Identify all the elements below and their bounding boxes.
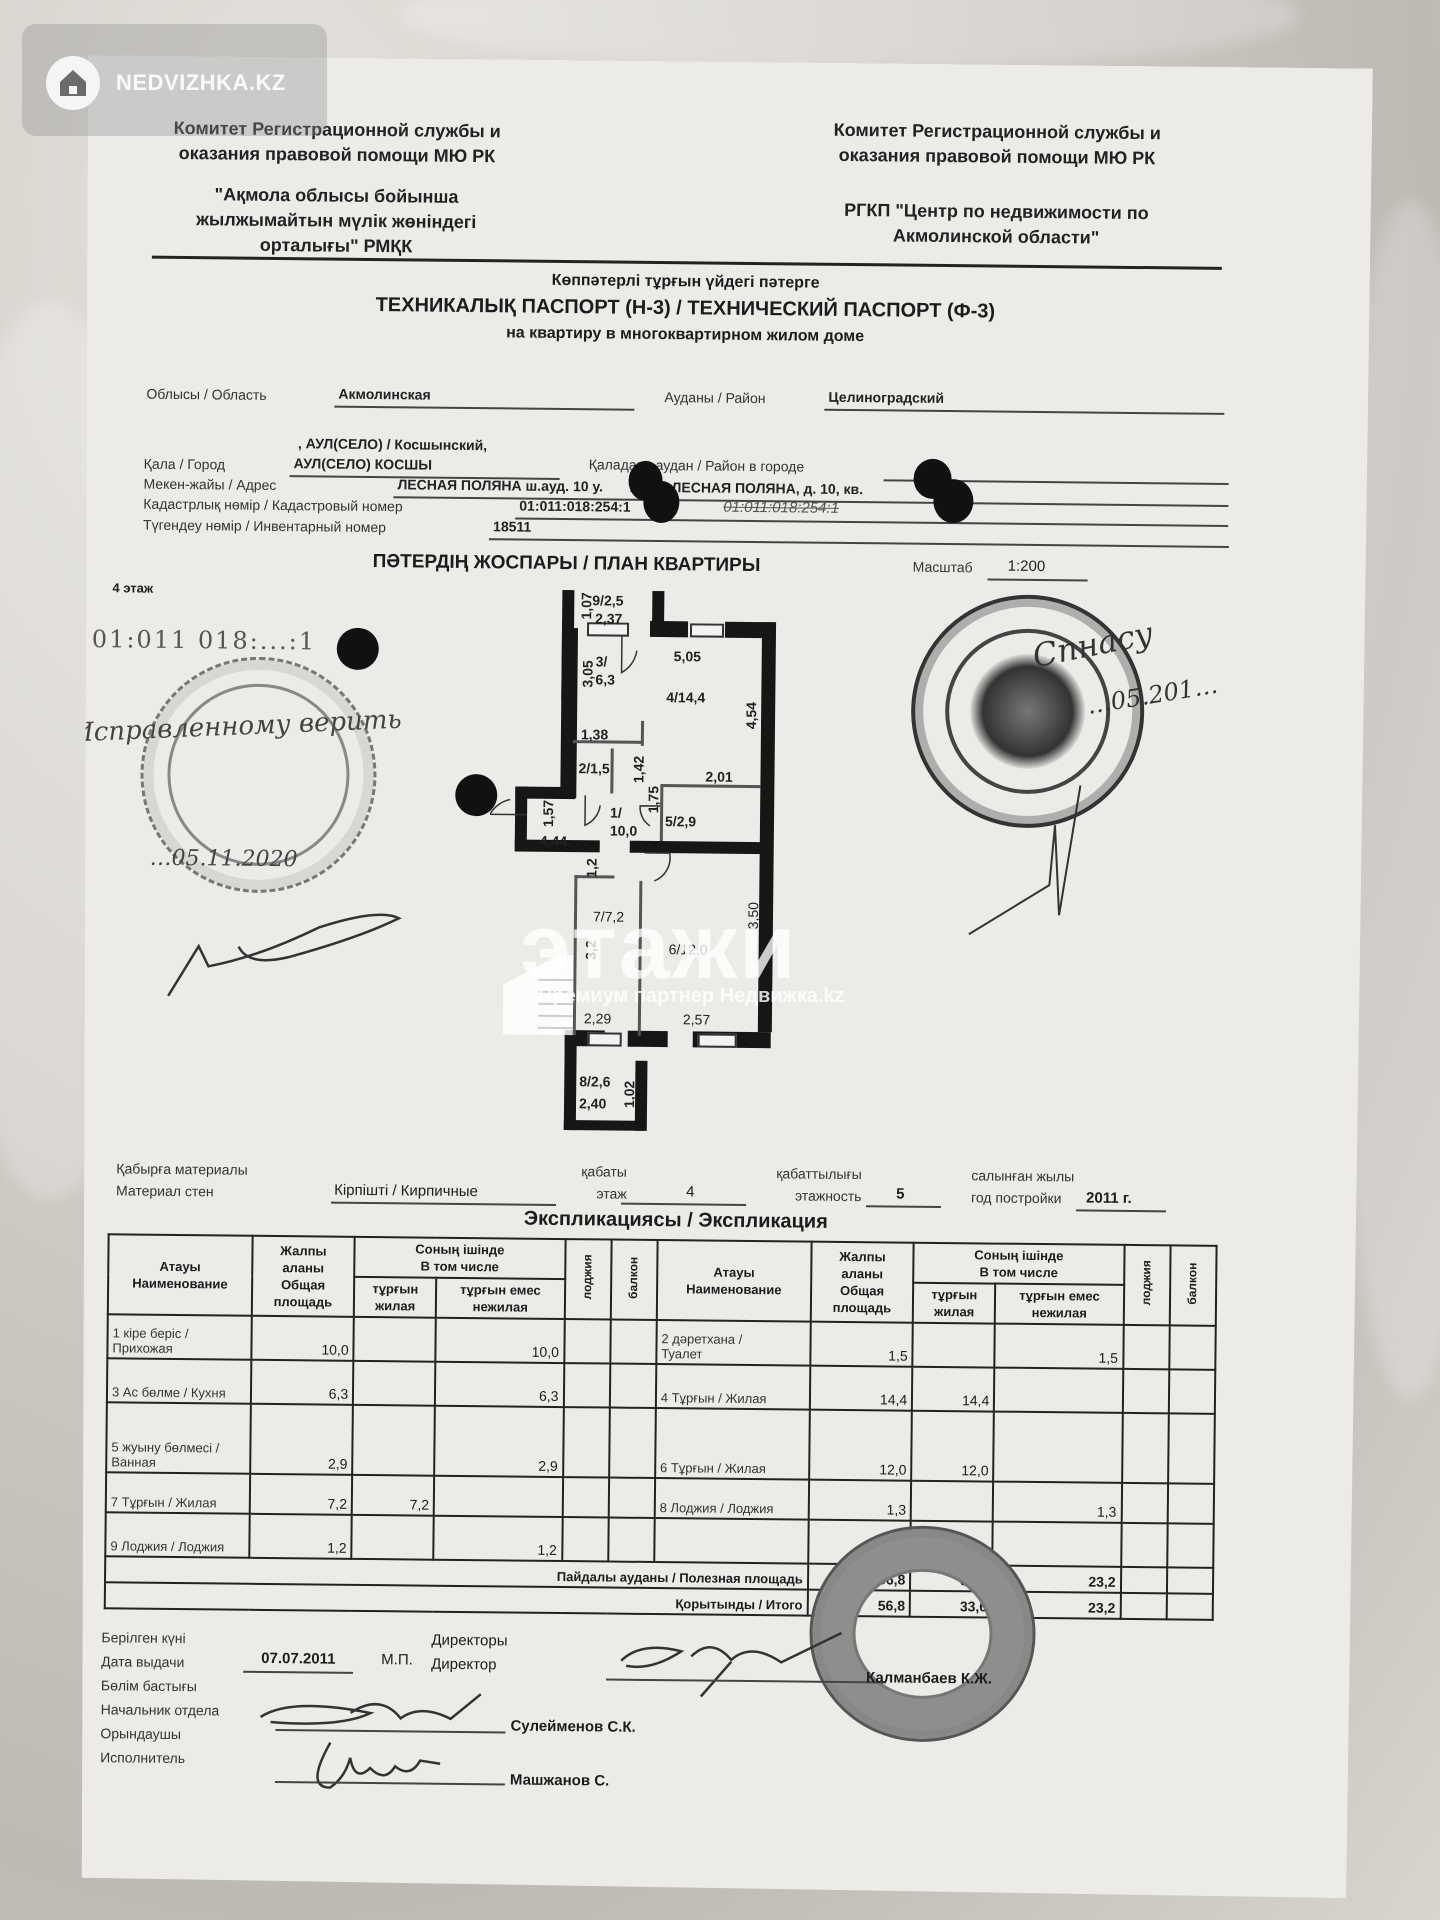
room-loggia <box>1122 1413 1169 1483</box>
col-header-nonliving: тұрғын емес нежилая <box>436 1278 565 1319</box>
issue-date-underline <box>243 1671 353 1674</box>
header-divider <box>152 256 1222 270</box>
floor-label: 4 этаж <box>112 580 153 595</box>
header-right-org1: РГКП "Центр по недвижимости по <box>786 197 1206 226</box>
room-living-area: 7,2 <box>352 1475 434 1516</box>
redaction-mark <box>933 479 973 523</box>
summary-loggia <box>1120 1593 1166 1619</box>
room-balcony <box>1169 1369 1216 1413</box>
etazhi-watermark-sub: Премиум партнер Недвижка.kz <box>538 985 845 1008</box>
cadastral-value: 01:011:018:254:1 <box>515 497 634 515</box>
room-name: 6 Тұрғын / Жилая <box>655 1408 810 1480</box>
room-total-area: 1,5 <box>810 1322 913 1367</box>
material-value: Кірпішті / Кирпичные <box>334 1182 478 1201</box>
col-header-living: тұрғын жилая <box>913 1283 995 1324</box>
floor-plan: 9/2,5 3/ 6,3 4/14,4 2/1,5 1/ 10,0 5/2,9 … <box>487 589 793 1152</box>
redaction-mark <box>643 481 679 523</box>
room-balcony <box>1167 1483 1214 1523</box>
summary-loggia <box>1121 1567 1167 1593</box>
room-total-area: 7,2 <box>249 1474 352 1515</box>
room-loggia <box>563 1407 610 1477</box>
room-loggia <box>562 1517 609 1561</box>
room-nonliving-area <box>993 1412 1122 1483</box>
floor-value: 4 <box>686 1183 695 1200</box>
scale-value: 1:200 <box>1008 558 1046 575</box>
room-nonliving-area: 2,9 <box>434 1406 563 1477</box>
district-label: Ауданы / Район <box>664 389 765 406</box>
inventory-label: Түгендеу нөмір / Инвентарный номер <box>143 517 386 536</box>
year-value: 2011 г. <box>1086 1190 1132 1207</box>
dept-head-label-kz: Бөлім бастығы <box>101 1673 220 1698</box>
scale-underline <box>988 578 1088 581</box>
room-total-area: 6,3 <box>251 1360 354 1405</box>
room-loggia <box>1122 1369 1169 1413</box>
col-header-including: Соның ішінде В том числе <box>354 1237 565 1279</box>
header-left-line2: оказания правовой помощи МЮ РК <box>127 140 547 169</box>
room-nonliving-area: 1,3 <box>993 1482 1122 1523</box>
cadastral-underline <box>515 517 1228 526</box>
issue-date-value: 07.07.2011 <box>261 1650 335 1668</box>
col-header-name: Атауы Наименование <box>657 1240 812 1322</box>
room-loggia <box>1123 1325 1170 1369</box>
room-living-area <box>354 1317 437 1362</box>
signature-left <box>138 886 439 1009</box>
room-balcony <box>1168 1413 1215 1483</box>
room-total-area: 1,2 <box>249 1514 352 1559</box>
header-right-org2: Акмолинской области" <box>786 222 1206 251</box>
cadastral-strikethrough: 01:011:018:254:1 <box>723 499 839 517</box>
room-living-area <box>352 1405 435 1476</box>
inventory-underline <box>489 538 1229 548</box>
table-row: 5 жуыну бөлмесі / Ванная2,92,96 Тұрғын /… <box>106 1402 1215 1484</box>
room-name <box>654 1518 808 1564</box>
document-title: Көппәтерлі тұрғын үйдегі пәтерге ТЕХНИКА… <box>85 267 1286 351</box>
room-living-area <box>913 1323 996 1368</box>
col-header-loggia: лоджия <box>1138 1260 1155 1305</box>
director-name: Калманбаев К.Ж. <box>866 1669 992 1687</box>
cadastral-label: Кадастрлық нөмір / Кадастровый номер <box>143 496 403 515</box>
floors-label-kz: қабаттылығы <box>776 1162 862 1185</box>
col-header-balcony: балкон <box>1184 1262 1201 1304</box>
director-label-kz: Директоры <box>431 1629 507 1654</box>
room-living-area: 12,0 <box>911 1411 994 1482</box>
inventory-value: 18511 <box>489 518 535 535</box>
material-label-kz: Қабырға материалы <box>116 1157 248 1180</box>
issue-label-kz: Берілген күні <box>101 1625 220 1650</box>
material-label-ru: Материал стен <box>116 1179 248 1202</box>
director-labels: Директоры Директор <box>431 1629 508 1678</box>
floor-label-kz: қабаты <box>581 1160 627 1182</box>
door-swings <box>487 589 793 1152</box>
dept-head-name: Сулейменов С.К. <box>510 1718 635 1736</box>
nedvizhka-logo-text: NEDVIZHKA.KZ <box>116 70 286 96</box>
room-balcony <box>1169 1325 1216 1369</box>
room-name: 2 дәретхана / Туалет <box>656 1320 810 1366</box>
room-name: 4 Тұрғын / Жилая <box>656 1364 810 1410</box>
address-label: Мекен-жайы / Адрес <box>143 476 276 493</box>
issue-label-ru: Дата выдачи <box>101 1649 220 1674</box>
executor-label-ru: Исполнитель <box>100 1745 219 1770</box>
col-header-total: Жалпы аланы Общая площадь <box>251 1236 354 1317</box>
city-value-line2: АУЛ(СЕЛО) КОСШЫ <box>290 455 436 474</box>
room-loggia <box>1121 1523 1168 1567</box>
room-loggia <box>1121 1483 1168 1523</box>
room-living-area <box>351 1515 434 1560</box>
room-name: 8 Лоджия / Лоджия <box>655 1478 809 1520</box>
room-loggia <box>563 1363 610 1407</box>
executor-signature <box>300 1737 461 1799</box>
col-header-loggia: лоджия <box>579 1255 596 1300</box>
district-value: Целиноградский <box>824 389 948 407</box>
room-total-area: 14,4 <box>810 1366 913 1411</box>
room-name: 9 Лоджия / Лоджия <box>105 1512 249 1558</box>
region-underline <box>334 406 634 411</box>
room-total-area: 12,0 <box>809 1410 912 1481</box>
house-icon <box>46 56 100 110</box>
floor-label-ru: этаж <box>581 1182 627 1204</box>
district-underline <box>824 409 1224 415</box>
executor-label-kz: Орындаушы <box>100 1721 219 1746</box>
col-header-name: Атауы Наименование <box>108 1234 252 1315</box>
year-labels: салынған жылы год постройки <box>971 1164 1074 1209</box>
room-name: 5 жуыну бөлмесі / Ванная <box>106 1402 250 1474</box>
handwritten-date-left: …05.11.2020 <box>149 846 297 873</box>
room-nonliving-area: 1,5 <box>995 1324 1124 1369</box>
explication-table: Атауы Наименование Жалпы аланы Общая пло… <box>104 1233 1218 1621</box>
floors-label-ru: этажность <box>776 1184 862 1207</box>
year-label-ru: год постройки <box>971 1186 1074 1209</box>
handwritten-cadastral-note: 01:011 018:...:1 <box>92 625 316 655</box>
year-label-kz: салынған жылы <box>971 1164 1074 1187</box>
dept-head-label-ru: Начальник отдела <box>101 1697 220 1722</box>
issue-date-labels: Берілген күні Дата выдачи Бөлім бастығы … <box>100 1625 220 1770</box>
summary-balcony <box>1166 1593 1213 1619</box>
city-value-line1: , АУЛ(СЕЛО) / Косшынский, <box>294 435 491 454</box>
room-nonliving-area <box>994 1368 1123 1413</box>
signature-right <box>959 764 1161 946</box>
year-underline <box>1076 1209 1166 1212</box>
room-total-area: 10,0 <box>251 1316 354 1361</box>
room-balcony <box>1167 1523 1214 1567</box>
city-district-label: Қаладағы аудан / Район в городе <box>589 456 805 474</box>
header-left: Комитет Регистрационной службы и оказани… <box>126 115 547 260</box>
room-total-area: 2,9 <box>250 1404 353 1475</box>
room-nonliving-area <box>993 1522 1122 1567</box>
col-header-living: тұрғын жилая <box>354 1277 436 1318</box>
background-fold <box>400 0 1300 70</box>
room-balcony <box>608 1478 655 1518</box>
room-loggia <box>564 1319 611 1363</box>
room-total-area: 1,3 <box>808 1480 911 1521</box>
room-name: 1 кіре беріс / Прихожая <box>107 1314 251 1360</box>
director-signature <box>611 1621 872 1704</box>
floors-underline <box>866 1205 941 1208</box>
col-header-balcony: балкон <box>625 1257 642 1299</box>
director-label-ru: Директор <box>431 1653 507 1678</box>
room-balcony <box>610 1364 657 1408</box>
emblem-icon <box>970 653 1086 769</box>
room-name: 7 Тұрғын / Жилая <box>106 1472 250 1514</box>
col-header-nonliving: тұрғын емес нежилая <box>995 1284 1124 1325</box>
room-nonliving-area: 6,3 <box>435 1362 564 1407</box>
floors-value: 5 <box>896 1186 905 1203</box>
room-balcony <box>608 1518 655 1562</box>
mp-label: М.П. <box>381 1651 413 1668</box>
room-nonliving-area: 1,2 <box>434 1516 563 1561</box>
material-labels: Қабырға материалы Материал стен <box>116 1157 248 1202</box>
room-nonliving-area: 10,0 <box>436 1318 565 1363</box>
floor-underline <box>621 1203 746 1206</box>
scale-label: Масштаб <box>913 559 973 576</box>
summary-balcony <box>1167 1567 1214 1593</box>
explication-title: Экспликациясы / Экспликация <box>76 1203 1276 1239</box>
region-value: Акмолинская <box>334 386 627 406</box>
redaction-mark <box>337 628 379 670</box>
executor-name: Машжанов С. <box>510 1772 609 1790</box>
header-right: Комитет Регистрационной службы и оказани… <box>786 117 1207 251</box>
col-header-total: Жалпы аланы Общая площадь <box>810 1242 913 1323</box>
room-loggia <box>562 1477 609 1517</box>
room-name: 3 Ас бөлме / Кухня <box>107 1358 251 1404</box>
floor-labels: қабаты этаж <box>581 1160 627 1204</box>
room-living-area <box>911 1481 993 1522</box>
plan-title: ПӘТЕРДІҢ ЖОСПАРЫ / ПЛАН КВАРТИРЫ <box>373 551 761 577</box>
room-living-area <box>353 1361 436 1406</box>
room-balcony <box>610 1320 657 1364</box>
room-nonliving-area <box>434 1476 563 1517</box>
region-label: Облысы / Область <box>146 386 266 403</box>
room-balcony <box>609 1408 656 1478</box>
floors-labels: қабаттылығы этажность <box>776 1162 862 1207</box>
col-header-including: Соның ішінде В том числе <box>913 1243 1124 1285</box>
room-living-area: 14,4 <box>912 1367 995 1412</box>
header-right-line2: оказания правовой помощи МЮ РК <box>787 142 1207 171</box>
city-label: Қала / Город <box>144 456 226 473</box>
